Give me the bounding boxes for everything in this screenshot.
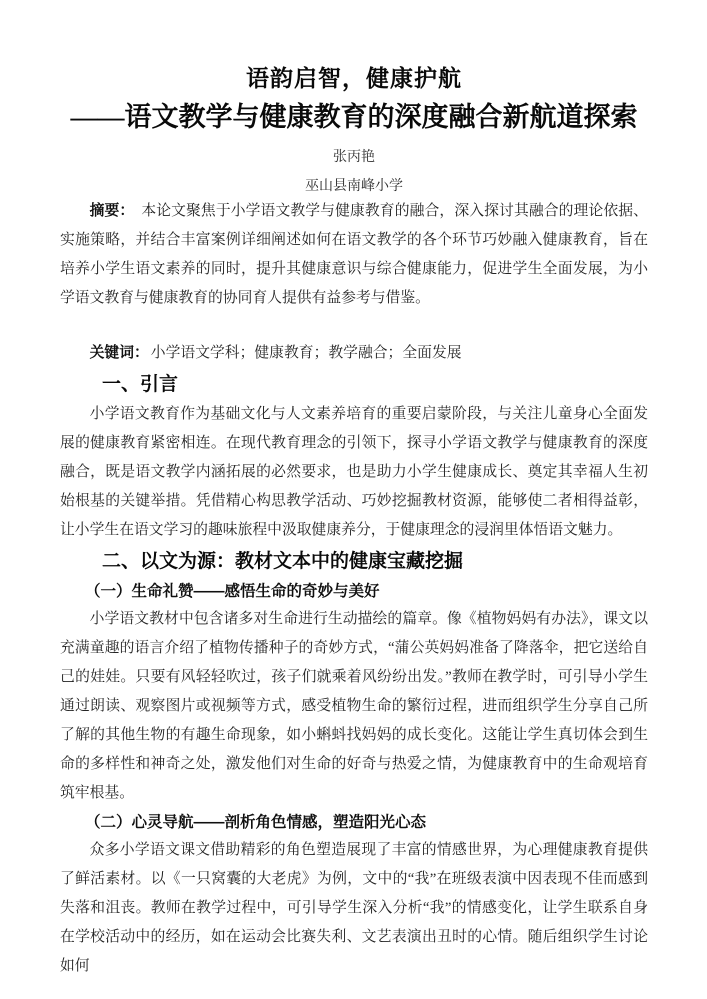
- author-affiliation: 巫山县南峰小学: [60, 177, 648, 197]
- subsection-1-heading: （一）生命礼赞——感悟生命的奇妙与美好: [60, 579, 648, 605]
- abstract-text: 本论文聚焦于小学语文教学与健康教育的融合，深入探讨其融合的理论依据、实施策略，并…: [60, 203, 648, 306]
- subsection-2-heading: （二）心灵导航——剖析角色情感，塑造阳光心态: [60, 810, 648, 836]
- section-2-heading: 二、以文为源：教材文本中的健康宝藏挖掘: [60, 547, 648, 577]
- abstract-label: 摘要：: [90, 203, 135, 219]
- subsection-1-paragraph: 小学语文教材中包含诸多对生命进行生动描绘的篇章。像《植物妈妈有办法》，课文以充满…: [60, 605, 648, 808]
- document-title: 语韵启智，健康护航: [60, 62, 648, 96]
- document-subtitle: ——语文教学与健康教育的深度融合新航道探索: [60, 96, 648, 138]
- document-page: 语韵启智，健康护航 ——语文教学与健康教育的深度融合新航道探索 张丙艳 巫山县南…: [0, 0, 707, 999]
- author-name: 张丙艳: [60, 148, 648, 168]
- keywords-label: 关键词：: [90, 345, 149, 361]
- keywords-line: 关键词：小学语文学科；健康教育；教学融合；全面发展: [60, 339, 648, 368]
- subsection-2-paragraph: 众多小学语文课文借助精彩的角色塑造展现了丰富的情感世界，为心理健康教育提供了鲜活…: [60, 836, 648, 981]
- section-1-heading: 一、引言: [60, 370, 648, 400]
- abstract-paragraph: 摘要：本论文聚焦于小学语文教学与健康教育的融合，深入探讨其融合的理论依据、实施策…: [60, 197, 648, 313]
- keywords-text: 小学语文学科；健康教育；教学融合；全面发展: [151, 345, 462, 361]
- section-1-paragraph: 小学语文教育作为基础文化与人文素养培育的重要启蒙阶段，与关注儿童身心全面发展的健…: [60, 400, 648, 545]
